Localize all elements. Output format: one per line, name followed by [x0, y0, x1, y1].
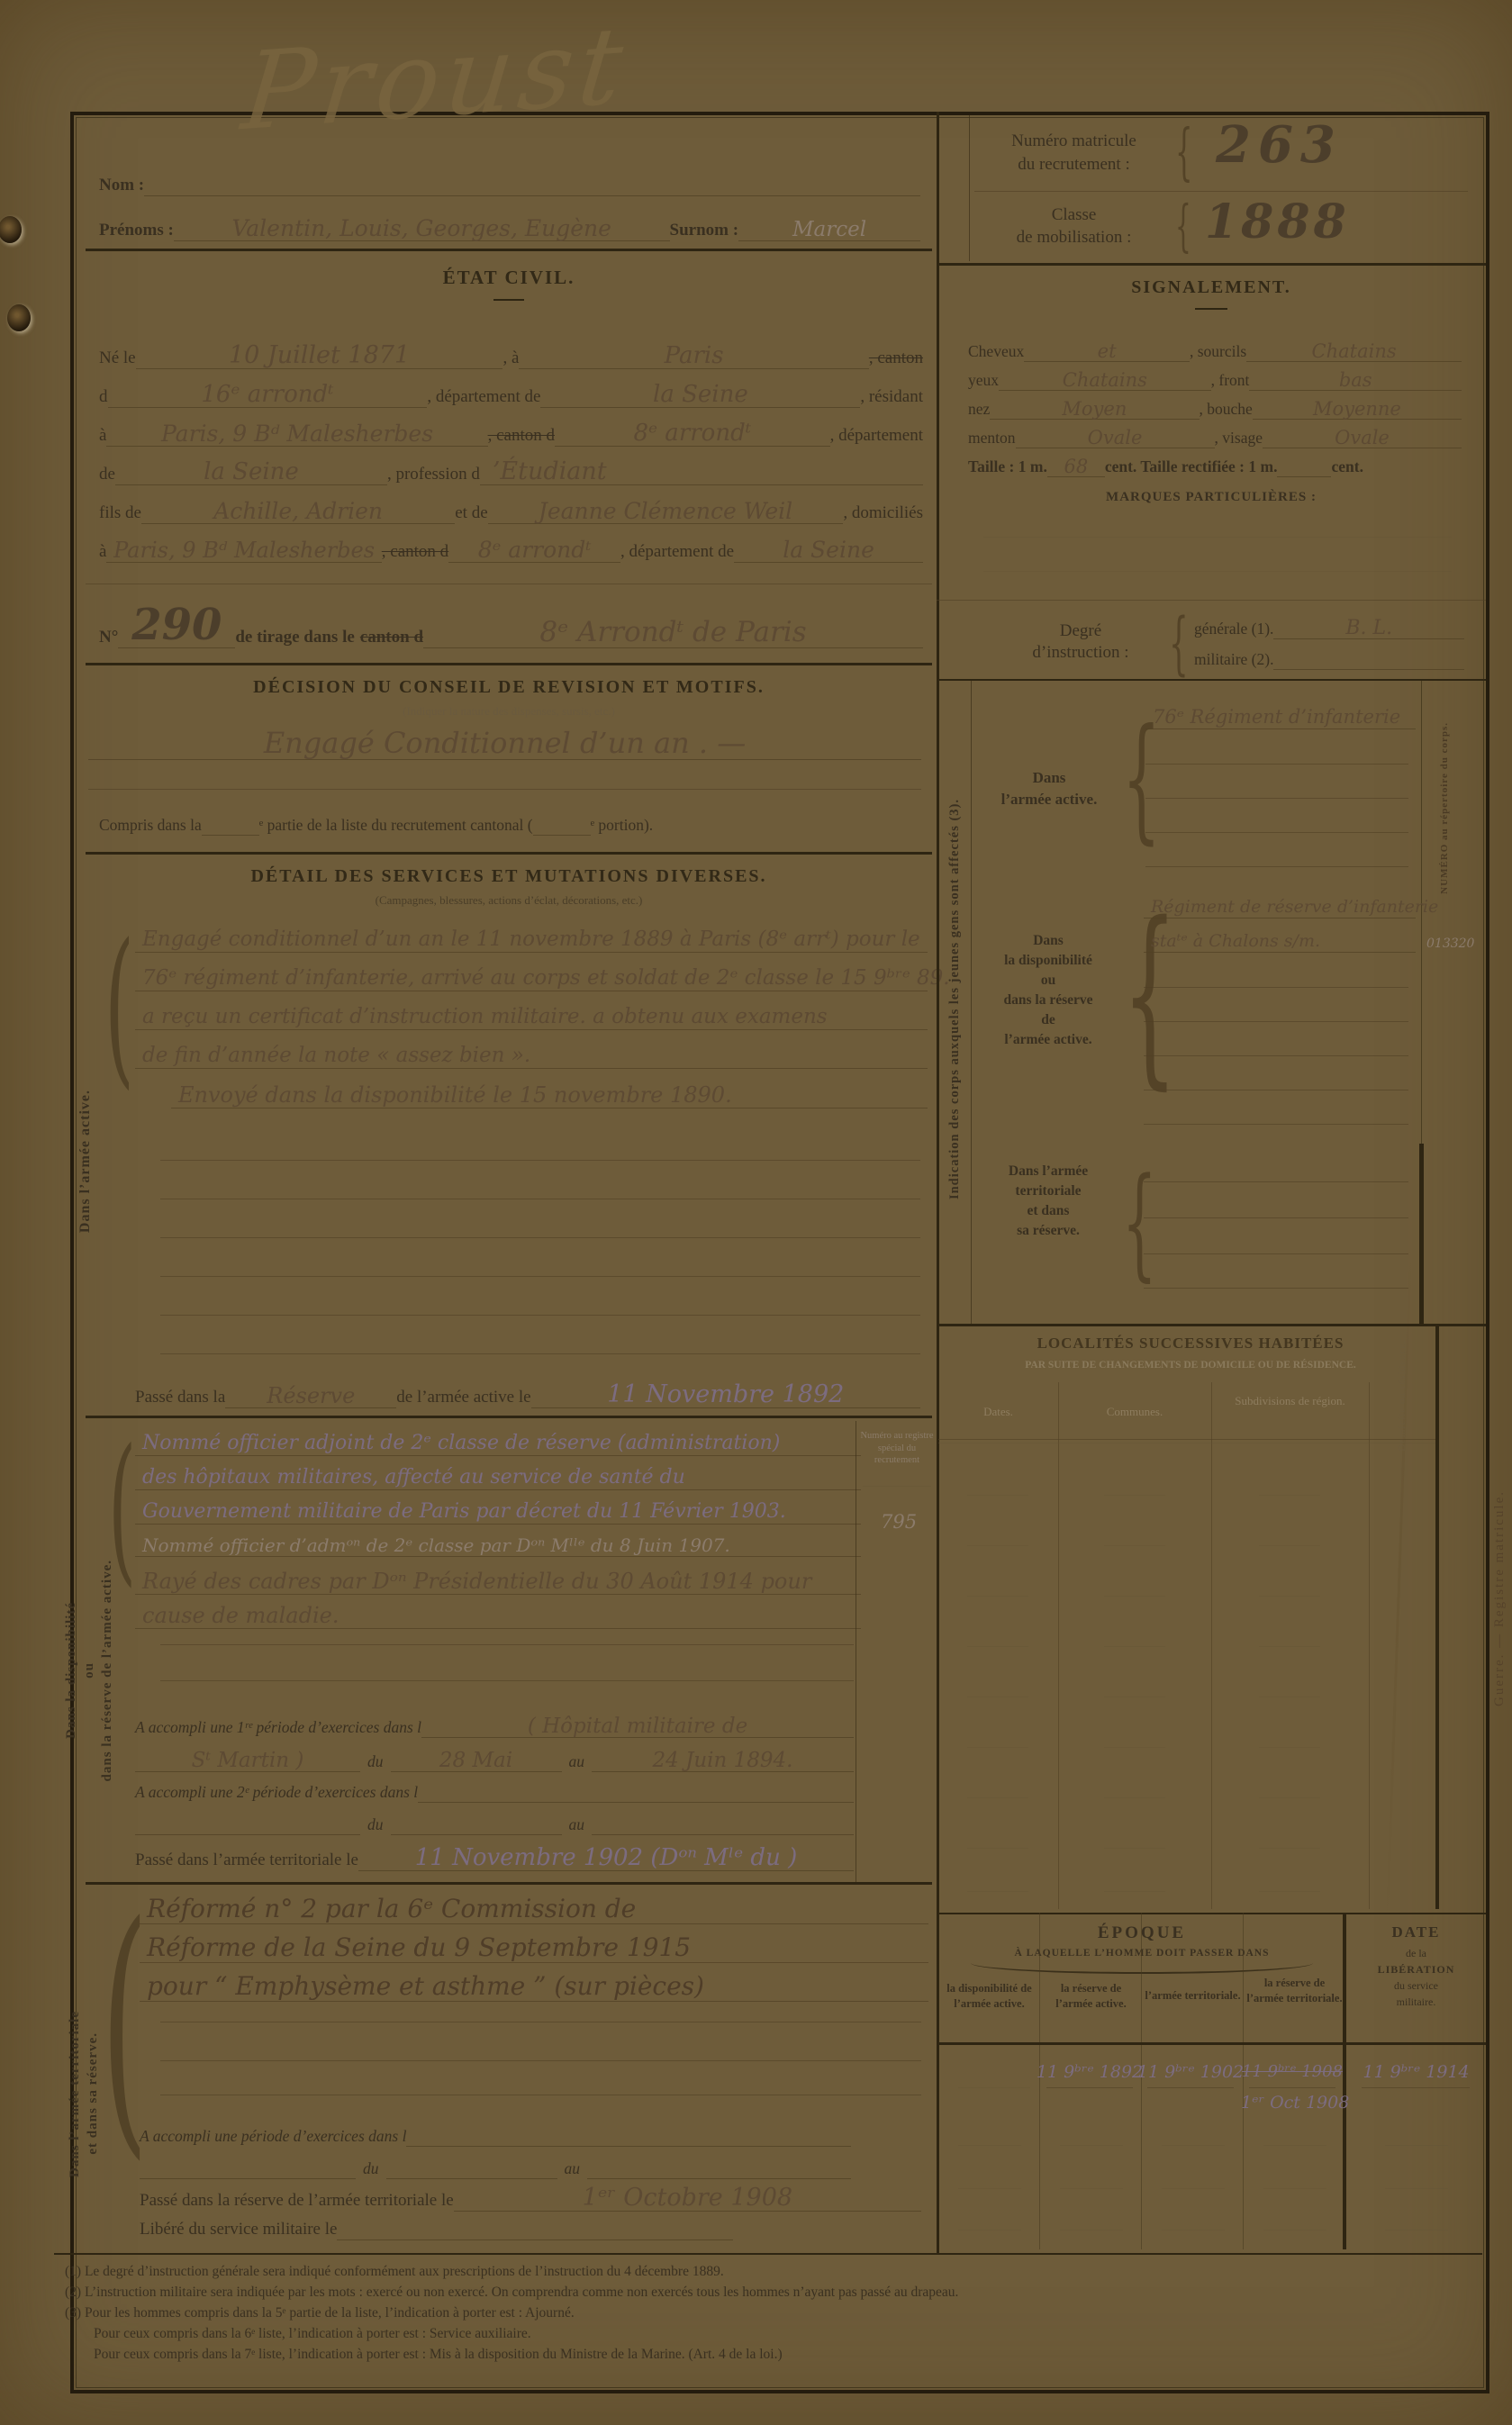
corps-dispo-label-3: ou [977, 973, 1119, 989]
epoque-val-3: 11 9ᵇʳᵉ 1902 [1136, 2062, 1245, 2082]
departement-de-label: , département de [427, 386, 540, 408]
canton-d-2-label: , canton d [382, 541, 448, 563]
departement-parents-value: la Seine [734, 538, 923, 563]
empty-cell [1104, 1848, 1165, 1849]
domicile-parents-value: Paris, 9 Bᵈ Malesherbes [106, 539, 381, 563]
blank-field [391, 1834, 562, 1835]
table-rule [1211, 1382, 1212, 1909]
taille-label-3: cent. [1331, 457, 1363, 477]
territoriale-side-label-1: Dans l’armée territoriale [68, 2011, 83, 2177]
empty-cell [958, 2145, 1021, 2146]
divider [86, 663, 932, 665]
divider [86, 852, 932, 855]
blank-line [160, 1680, 854, 1681]
tirage-label-b: canton d [360, 627, 423, 648]
punch-hole-bottom [7, 304, 31, 331]
periode3-line: A accompli une période d’exercices dans … [140, 2120, 851, 2147]
passe-territoriale-value: 11 Novembre 1902 (Dᵒⁿ Mˡᵉ du ) [358, 1846, 854, 1871]
empty-cell [967, 1747, 1028, 1748]
corps-active-label-1: Dans [982, 769, 1117, 787]
empty-cell [967, 1646, 1028, 1647]
registre-special-header: Numéro au registre spécial du recrutemen… [859, 1430, 935, 1467]
empty-cell [958, 2188, 1021, 2189]
register-page: Proust Nom : Prénoms : Valentin, Louis, … [0, 0, 1512, 2425]
decision-value-line: Engagé Conditionnel d’un an . — [88, 720, 921, 760]
nom-label: Nom : [99, 175, 144, 196]
armee-active-side-label-text: Dans l’armée active. [77, 1090, 94, 1233]
empty-cell [1259, 1646, 1320, 1647]
epoque-val-4-raye: 11 9ᵇʳᵉ 1908 [1238, 2062, 1346, 2081]
blank-field [1273, 669, 1464, 670]
nez-value: Moyen [990, 399, 1199, 420]
blank-line [1144, 1217, 1408, 1218]
localites-col-communes: Communes. [1058, 1405, 1211, 1419]
parents-line: fils de Achille, Adrien et de Jeanne Clé… [99, 490, 923, 524]
column-rule [971, 681, 972, 1324]
epoque-val-4: 1ᵉʳ Oct 1908 [1241, 2093, 1349, 2113]
passe-reserve-line: Passé dans la Réserve de l’armée active … [135, 1374, 920, 1408]
libere-label: Libéré du service militaire le [140, 2219, 337, 2240]
empty-cell [1104, 1646, 1165, 1647]
corps-terr-brace: { [1122, 1162, 1157, 1283]
divider [86, 1882, 932, 1885]
empty-cell [1259, 1848, 1320, 1849]
residence-line: à Paris, 9 Bᵈ Malesherbes , canton d 8ᵉ … [99, 412, 923, 447]
localites-col-domicile-text: Domicile ou résidence. [1397, 1340, 1408, 1452]
localites-col-subdivisions: Subdivisions de région. [1211, 1394, 1369, 1408]
periode3-label: A accompli une période d’exercices dans … [140, 2127, 406, 2147]
punch-hole-top [0, 216, 22, 243]
empty-cell [1060, 2188, 1123, 2189]
compris-label-3: ᵉ portion). [591, 816, 654, 836]
periode3-dates-line: du au [140, 2152, 851, 2179]
periode1-value-1: ( Hôpital militaire de [421, 1715, 854, 1738]
empty-cell [1259, 1495, 1320, 1496]
divider [863, 1486, 931, 1487]
empty-cell [967, 1697, 1028, 1697]
corps-terr-label-1: Dans l’armée [977, 1163, 1119, 1180]
blank-field [406, 2146, 851, 2147]
empty-cell [1259, 1891, 1320, 1892]
passe-reserve-value-2: 11 Novembre 1892 [531, 1382, 920, 1408]
tirage-value: 8ᵉ Arrondᵗ de Paris [423, 618, 923, 648]
indication-corps-text: Indication des corps auxquels les jeunes… [947, 799, 963, 1199]
empty-cell [958, 2230, 1021, 2230]
prenoms-value: Valentin, Louis, Georges, Eugène [174, 217, 670, 241]
signalement-row: menton Ovale , visage Ovale [968, 421, 1462, 448]
compris-label-2: ᵉ partie de la liste du recrutement cant… [259, 816, 533, 836]
classe-value: 1888 [1205, 195, 1350, 249]
birth-line-2: d 16ᵉ arrondᵗ , département de la Seine … [99, 374, 923, 408]
blank-line [1145, 832, 1408, 833]
periode2-dates-line: du au [135, 1808, 854, 1835]
corps-active-label-2: l’armée active. [982, 791, 1117, 809]
corps-dispo-brace: { [1122, 897, 1178, 1090]
fils-de-label: fils de [99, 502, 141, 524]
canton-value: 16ᵉ arrondᵗ [108, 383, 428, 408]
periode2-label: A accompli une 2ᵉ période d’exercices da… [135, 1783, 418, 1803]
periode1-au-value: 24 Juin 1894. [592, 1750, 854, 1772]
empty-cell [1385, 2145, 1448, 2146]
numero-repertoire-label: NUMÉRO au répertoire du corps. [1426, 695, 1462, 920]
degre-brace: { [1169, 609, 1189, 677]
blank-line [160, 1199, 920, 1199]
periode1-label: A accompli une 1ʳᵉ période d’exercices d… [135, 1718, 421, 1738]
sourcils-value: Chatains [1246, 341, 1462, 362]
disponibilite-side-label-2: ou [82, 1662, 97, 1678]
canton-parents-value: 8ᵉ arrondᵗ [448, 538, 620, 563]
corps-dispo-value-1: Régiment de réserve d’infanterie [1144, 899, 1416, 918]
passe-reserve-label-2: de l’armée active le [396, 1387, 530, 1408]
localites-col-dates: Dates. [938, 1405, 1058, 1419]
divider [86, 1416, 932, 1418]
empty-cell [1259, 1747, 1320, 1748]
passe-reserve-label-1: Passé dans la [135, 1387, 225, 1408]
canton-d-label: , canton d [488, 425, 555, 447]
periode1-du-value: 28 Mai [391, 1750, 562, 1772]
passe-territoriale-line: Passé dans l’armée territoriale le 11 No… [135, 1837, 854, 1871]
tirage-label-a: de tirage dans le [235, 627, 354, 648]
opening-paren: ( [108, 1428, 136, 1588]
sourcils-label: , sourcils [1190, 342, 1246, 362]
degre-label-2: d’instruction : [1009, 643, 1153, 663]
epoque-col-3: l’armée territoriale. [1144, 1988, 1242, 2004]
value-underline [1147, 2087, 1234, 2088]
departement-naissance-value: la Seine [540, 383, 860, 408]
date-sub-3: du service [1346, 1979, 1486, 1993]
blank-line [160, 2095, 921, 2095]
compris-label-1: Compris dans la [99, 816, 202, 836]
surnom-label: Surnom : [670, 220, 739, 241]
right-margin-caption: Guerre. — Registre matricule. [1488, 991, 1511, 2206]
matricule-brace: { [1175, 122, 1192, 184]
services-title: DÉTAIL DES SERVICES ET MUTATIONS DIVERSE… [86, 866, 932, 887]
footnote-2: (2) L’instruction militaire sera indiqué… [65, 2285, 1479, 2301]
menton-label: menton [968, 429, 1016, 448]
service-line: Nommé officier d’admᵒⁿ de 2ᵉ classe par … [135, 1536, 861, 1557]
mere-value: Jeanne Clémence Weil [488, 500, 844, 524]
empty-cell [1385, 2188, 1448, 2189]
table-rule [1058, 1382, 1059, 1909]
nom-blank-field [144, 195, 920, 196]
service-line: cause de maladie. [135, 1605, 861, 1629]
empty-cell [1162, 2145, 1225, 2146]
blank-line [1145, 866, 1408, 867]
decision-value: Engagé Conditionnel d’un an . — [88, 728, 921, 760]
localites-col-domicile: Domicile ou résidence. [1374, 1333, 1430, 1459]
localites-title: LOCALITÉS SUCCESSIVES HABITÉES [938, 1335, 1443, 1353]
generale-value: B. L. [1273, 618, 1464, 639]
title-dash [1195, 308, 1227, 310]
blank-line [88, 789, 921, 790]
divider [937, 263, 1486, 266]
birth-line-1: Né le 10 Juillet 1871 , à Paris , canton [99, 335, 923, 369]
divider [937, 600, 1486, 601]
empty-cell [1263, 2230, 1326, 2230]
divider [937, 1324, 1486, 1326]
empty-cell [1162, 2188, 1225, 2189]
visage-label: , visage [1215, 429, 1263, 448]
cheveux-value: et [1024, 341, 1190, 362]
corps-terr-label-2: territoriale [977, 1183, 1119, 1199]
armee-active-side-label: Dans l’armée active. [72, 982, 99, 1342]
blank-line [1145, 798, 1408, 799]
signalement-row: nez Moyen , bouche Moyenne [968, 393, 1462, 420]
corps-active-brace: { [1122, 711, 1161, 846]
profession-label: , profession d [387, 464, 480, 485]
blank-line [1144, 1253, 1408, 1254]
blank-field [418, 1802, 854, 1803]
blank-field [135, 1834, 360, 1835]
corps-dispo-numero: 013320 [1426, 937, 1474, 951]
blank-line [1144, 1124, 1408, 1125]
corps-dispo-label-4: dans la réserve [977, 992, 1119, 1009]
yeux-value: Chatains [999, 370, 1211, 391]
blank-field [1277, 476, 1331, 477]
departement-residence-value: la Seine [115, 460, 387, 485]
signature-nom: Proust [238, 12, 632, 146]
libere-line: Libéré du service militaire le [140, 2213, 921, 2240]
service-line: pour “ Emphysème et asthme ” (sur pièces… [140, 1974, 928, 2002]
value-underline [1362, 2087, 1470, 2088]
corps-terr-label-3: et dans [977, 1203, 1119, 1219]
blank-field [337, 2240, 733, 2240]
au-label: au [565, 2159, 581, 2179]
marques-label: MARQUES PARTICULIÈRES : [938, 490, 1484, 505]
blank-line [1144, 987, 1408, 988]
blank-line [1144, 1090, 1408, 1090]
birth-city-value: Paris [519, 344, 868, 369]
canton-residence-value: 8ᵉ arrondᵗ [555, 421, 830, 447]
classe-label-1: Classe [977, 205, 1171, 225]
periode1-line: A accompli une 1ʳᵉ période d’exercices d… [135, 1707, 854, 1738]
empty-cell [1259, 1697, 1320, 1697]
profession-value: ’Étudiant [480, 459, 923, 485]
periode1-value-2: Sᵗ Martin ) [135, 1750, 360, 1772]
empty-cell [1104, 1891, 1165, 1892]
repertoire-bold-rule [1419, 1144, 1424, 1324]
blank-line [160, 1353, 920, 1354]
table-bold-rule [1435, 1324, 1439, 1909]
epoque-col-4: la réserve de l’armée territoriale. [1245, 1976, 1344, 2006]
divider [86, 584, 932, 584]
divider [937, 679, 1486, 681]
value-underline [1249, 2087, 1335, 2088]
periode1-dates-line: Sᵗ Martin ) du 28 Mai au 24 Juin 1894. [135, 1742, 854, 1772]
header-rule [938, 1439, 1435, 1440]
empty-cell [967, 1495, 1028, 1496]
corps-dispo-label-2: la disponibilité [977, 953, 1119, 969]
footnote-divider [54, 2253, 1482, 2255]
menton-value: Ovale [1016, 428, 1215, 448]
service-line: Gouvernement militaire de Paris par décr… [135, 1502, 861, 1525]
bouche-value: Moyenne [1253, 399, 1462, 420]
empty-cell [967, 1848, 1028, 1849]
yeux-label: yeux [968, 371, 999, 391]
birth-date-value: 10 Juillet 1871 [136, 343, 503, 369]
divider [974, 191, 1468, 192]
empty-cell [1104, 1545, 1165, 1546]
a-parents-label: à [99, 541, 106, 563]
footnote-4: Pour ceux compris dans la 6ᵉ liste, l’in… [94, 2326, 1479, 2342]
passe-reserve-value-1: Réserve [225, 1385, 396, 1408]
table-top-rule [938, 1913, 1486, 1914]
epoque-col-2: la réserve de l’armée active. [1042, 1981, 1140, 2012]
domicile-parents-line: à Paris, 9 Bᵈ Malesherbes , canton d 8ᵉ … [99, 529, 923, 563]
corps-terr-label-4: sa réserve. [977, 1223, 1119, 1239]
au-label: au [569, 1752, 585, 1772]
pere-value: Achille, Adrien [141, 500, 455, 524]
de-label: de [99, 464, 115, 485]
blank-line [983, 537, 1452, 538]
divider [86, 249, 932, 251]
militaire-label: militaire (2). [1194, 650, 1273, 670]
classe-brace: { [1175, 198, 1191, 254]
a-residence-label: à [99, 425, 106, 447]
nom-line: Nom : [99, 167, 920, 196]
taille-line: Taille : 1 m. 68 cent. Taille rectifiée … [968, 450, 1462, 477]
empty-cell [1263, 2188, 1326, 2189]
decision-title: DÉCISION DU CONSEIL DE REVISION ET MOTIF… [86, 677, 932, 698]
blank-line [160, 1644, 854, 1645]
service-line: Envoyé dans la disponibilité le 15 novem… [171, 1084, 928, 1108]
prenoms-label: Prénoms : [99, 220, 174, 241]
surnom-value: Marcel [738, 219, 920, 241]
footnote-5: Pour ceux compris dans la 7ᵉ liste, l’in… [94, 2347, 1479, 2363]
du-label: du [367, 1815, 384, 1835]
service-line: Rayé des cadres par Dᵒⁿ Présidentielle d… [135, 1570, 861, 1595]
signalement-row: yeux Chatains , front bas [968, 364, 1462, 391]
d-label: d [99, 386, 108, 408]
service-line: des hôpitaux militaires, affecté au serv… [135, 1468, 861, 1490]
degre-label-1: Degré [1009, 621, 1153, 641]
tirage-no-value: 290 [118, 602, 235, 648]
et-de-label: et de [455, 502, 487, 524]
empty-cell [1104, 1495, 1165, 1496]
empty-cell [1060, 2145, 1123, 2146]
service-line: Réformé n° 2 par la 6ᵉ Commission de [140, 1896, 928, 1924]
profession-line: de la Seine , profession d ’Étudiant [99, 451, 923, 485]
taille-label-2: cent. Taille rectifiée : 1 m. [1105, 457, 1278, 477]
service-line: a reçu un certificat d’instruction milit… [135, 1007, 928, 1030]
empty-cell [1259, 1596, 1320, 1597]
prenoms-line: Prénoms : Valentin, Louis, Georges, Eugè… [99, 211, 920, 241]
empty-cell [1162, 2230, 1225, 2230]
date-sub-4: militaire. [1346, 1995, 1486, 2009]
blank-line [160, 1276, 920, 1277]
corps-dispo-label-1: Dans [977, 933, 1119, 949]
empty-cell [1104, 1596, 1165, 1597]
blank-line [160, 2060, 921, 2061]
service-line: Réforme de la Seine du 9 Septembre 1915 [140, 1935, 928, 1963]
service-line: Engagé conditionnel d’un an le 11 novemb… [135, 929, 928, 953]
empty-cell [967, 1797, 1028, 1798]
passe-rt-line: Passé dans la réserve de l’armée territo… [140, 2179, 921, 2212]
tirage-line: N° 290 de tirage dans le canton d 8ᵉ Arr… [99, 596, 923, 648]
blank-field [592, 1834, 854, 1835]
blank-line [1144, 1181, 1408, 1182]
empty-cell [958, 2087, 1030, 2088]
departement-de-2-label: , département de [620, 541, 734, 563]
epoque-col-1: la disponibilité de l’armée active. [940, 1981, 1038, 2012]
empty-cell [1104, 1797, 1165, 1798]
header-rule [938, 2042, 1486, 2045]
generale-label: générale (1). [1194, 620, 1273, 639]
cheveux-label: Cheveux [968, 342, 1024, 362]
instruction-generale-line: générale (1). B. L. [1194, 616, 1464, 639]
compris-line: Compris dans la ᵉ partie de la liste du … [99, 809, 923, 836]
passe-rt-value: 1ᵉʳ Octobre 1908 [454, 2185, 921, 2212]
indication-corps-side-label: Indication des corps auxquels les jeunes… [940, 711, 969, 1288]
instruction-militaire-line: militaire (2). [1194, 647, 1464, 670]
taille-label-1: Taille : 1 m. [968, 457, 1047, 477]
blank-line [1144, 1021, 1408, 1022]
footnote-1: (1) Le degré d’instruction générale sera… [65, 2264, 1479, 2280]
epoque-title: ÉPOQUE [938, 1923, 1345, 1943]
blank-line [983, 571, 1452, 572]
empty-cell [1263, 2145, 1326, 2146]
corps-dispo-label-6: l’armée active. [977, 1032, 1119, 1048]
epoque-val-date: 11 9ᵇʳᵉ 1914 [1355, 2062, 1477, 2082]
service-line: de fin d’année la note « assez bien ». [135, 1045, 928, 1069]
territoriale-side-label-2: et dans sa réserve. [86, 2032, 101, 2155]
services-subtitle: (Campagnes, blessures, actions d’éclat, … [86, 893, 932, 908]
blank-line [1144, 1055, 1408, 1056]
periode2-line: A accompli une 2ᵉ période d’exercices da… [135, 1776, 854, 1803]
corps-active-value: 76ᵉ Régiment d’infanterie [1145, 708, 1416, 729]
canton-label: , canton [869, 348, 923, 369]
territoriale-side-label: Dans l’armée territoriale et dans sa rés… [63, 1945, 104, 2242]
etat-civil-title: ÉTAT CIVIL. [86, 267, 932, 289]
corps-dispo-value-2: staᵗᵉ à Chalons s/m. [1144, 933, 1416, 953]
empty-cell [1060, 2230, 1123, 2230]
blank-line [1144, 1288, 1408, 1289]
empty-cell [967, 1545, 1028, 1546]
front-value: bas [1249, 370, 1462, 391]
matricule-label-1: Numéro matricule [977, 131, 1171, 151]
service-line: Nommé officier adjoint de 2ᵉ classe de r… [135, 1434, 861, 1456]
residence-value: Paris, 9 Bᵈ Malesherbes [106, 422, 487, 447]
classe-label-2: de mobilisation : [977, 228, 1171, 248]
empty-cell [967, 1891, 1028, 1892]
matricule-value: 263 [1216, 115, 1343, 175]
localites-subtitle: PAR SUITE DE CHANGEMENTS DE DOMICILE OU … [938, 1360, 1443, 1371]
date-sub-2: LIBÉRATION [1346, 1963, 1486, 1977]
ne-le-label: Né le [99, 348, 136, 369]
disponibilite-side-label-1: Dans la disponibilité [64, 1602, 79, 1739]
right-margin-caption-text: Guerre. — Registre matricule. [1492, 1490, 1507, 1706]
registre-special-value: 795 [881, 1511, 917, 1533]
bouche-label: , bouche [1200, 400, 1253, 420]
front-label: , front [1211, 371, 1250, 391]
signalement-title: SIGNALEMENT. [938, 277, 1484, 298]
empty-cell [1259, 1797, 1320, 1798]
taille-value: 68 [1047, 457, 1105, 477]
blank-line [160, 1237, 920, 1238]
blank-field [533, 835, 591, 836]
header-rule [938, 1443, 1435, 1443]
footnote-3: (3) Pour les hommes compris dans la 5ᵉ p… [65, 2305, 1479, 2321]
epoque-subtitle: À LAQUELLE L’HOMME DOIT PASSER DANS [938, 1948, 1345, 1959]
service-line: 76ᵉ régiment d’infanterie, arrivé au cor… [135, 968, 928, 991]
date-title: DATE [1346, 1923, 1486, 1941]
au-label: au [569, 1815, 585, 1835]
empty-cell [1259, 1545, 1320, 1546]
column-rule [856, 1421, 856, 1882]
matricule-label-2: du recrutement : [977, 155, 1171, 175]
passe-rt-label: Passé dans la réserve de l’armée territo… [140, 2190, 454, 2212]
blank-line [1145, 764, 1408, 765]
